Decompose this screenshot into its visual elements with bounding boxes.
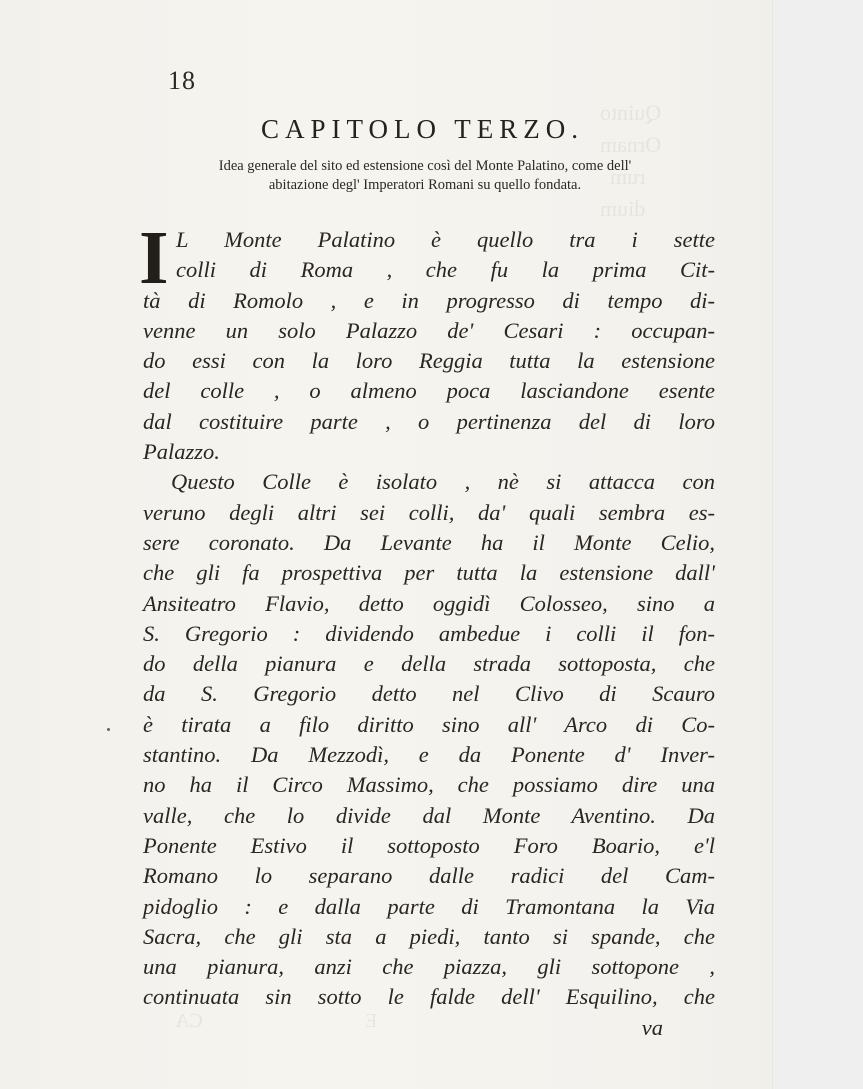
text-line: valle, che lo divide dal Monte Aventino.…: [143, 801, 715, 831]
catchword: va: [143, 1013, 715, 1043]
chapter-title: CAPITOLO TERZO.: [170, 114, 675, 145]
show-through-signature: CA: [175, 1010, 203, 1033]
text-line: una pianura, anzi che piazza, gli sottop…: [143, 952, 715, 982]
text-line: pidoglio : e dalla parte di Tramontana l…: [143, 892, 715, 922]
body-text: I L Monte Palatino è quello tra i sette …: [143, 225, 715, 1043]
show-through-signature: E: [365, 1010, 377, 1033]
text-line: colli di Roma , che fu la prima Cit-: [143, 255, 715, 285]
text-line: stantino. Da Mezzodì, e da Ponente d' In…: [143, 740, 715, 770]
text-line: Questo Colle è isolato , nè si attacca c…: [143, 467, 715, 497]
show-through-text: dium: [600, 196, 645, 222]
text-line: L Monte Palatino è quello tra i sette: [143, 225, 715, 255]
chapter-summary-line: abitazione degl' Imperatori Romani su qu…: [140, 176, 710, 195]
page-number: 18: [168, 66, 196, 96]
drop-cap: I: [139, 227, 169, 289]
text-line: sere coronato. Da Levante ha il Monte Ce…: [143, 528, 715, 558]
text-line: venne un solo Palazzo de' Cesari : occup…: [143, 316, 715, 346]
text-line: no ha il Circo Massimo, che possiamo dir…: [143, 770, 715, 800]
text-line: dal costituire parte , o pertinenza del …: [143, 407, 715, 437]
text-line: Sacra, che gli sta a piedi, tanto si spa…: [143, 922, 715, 952]
text-line: che gli fa prospettiva per tutta la este…: [143, 558, 715, 588]
chapter-summary: Idea generale del sito ed estensione cos…: [140, 157, 710, 195]
text-line: Ponente Estivo il sottoposto Foro Boario…: [143, 831, 715, 861]
text-line: tà di Romolo , e in progresso di tempo d…: [143, 286, 715, 316]
book-page: Quinto Ornam rum dium 18 CAPITOLO TERZO.…: [0, 0, 772, 1089]
text-line: è tirata a filo diritto sino all' Arco d…: [143, 710, 715, 740]
text-line: da S. Gregorio detto nel Clivo di Scauro: [143, 679, 715, 709]
text-line: Ansiteatro Flavio, detto oggidì Colosseo…: [143, 589, 715, 619]
text-line: do essi con la loro Reggia tutta la este…: [143, 346, 715, 376]
text-line: do della pianura e della strada sottopos…: [143, 649, 715, 679]
chapter-summary-line: Idea generale del sito ed estensione cos…: [140, 157, 710, 176]
text-line: Romano lo separano dalle radici del Cam-: [143, 861, 715, 891]
text-line: veruno degli altri sei colli, da' quali …: [143, 498, 715, 528]
text-line: continuata sin sotto le falde dell' Esqu…: [143, 982, 715, 1012]
ink-speck: [107, 728, 110, 731]
text-line: Palazzo.: [143, 437, 715, 467]
text-line: del colle , o almeno poca lasciandone es…: [143, 376, 715, 406]
text-line: S. Gregorio : dividendo ambedue i colli …: [143, 619, 715, 649]
